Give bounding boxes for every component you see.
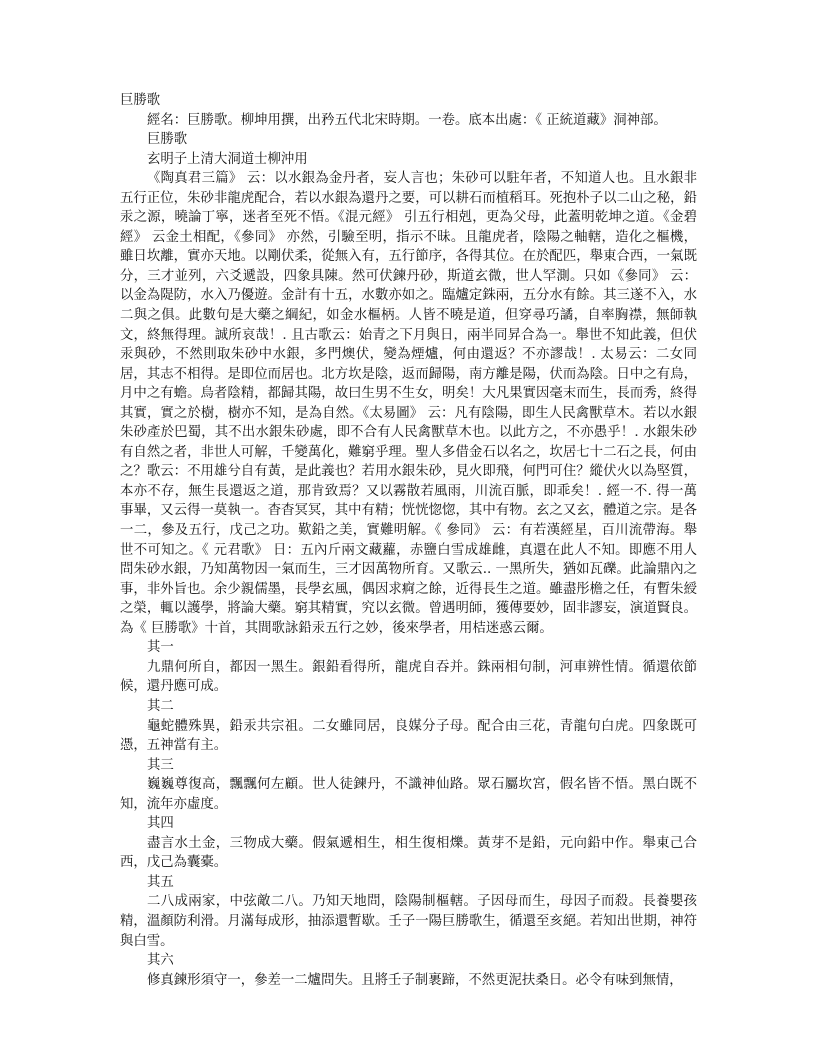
document-subtitle: 巨勝歌 [120,130,697,150]
poem-text: 修真鍊形須守一，參差一二爐問失。且將壬子制裹蹄，不然更泥扶桑日。必令有味到無情， [120,971,697,991]
document-page: 巨勝歌 經名：巨勝歌。柳坤用撰，出矜五代北宋時期。一卷。底本出處：《 正統道藏》… [120,91,697,990]
poem-text: 二八成兩家，中弦敵二八。乃知天地問，陰陽制樞轄。子因母而生，母因子而殺。長養嬰孩… [120,892,697,951]
document-title: 巨勝歌 [120,91,697,111]
poem-text: 盡言水土金，三物成大藥。假氣遞相生，相生復相爍。黃芽不是鉛，元向鉛中作。舉東己合… [120,834,697,873]
poem-heading: 其二 [120,697,697,717]
poem-heading: 其六 [120,951,697,971]
poem-text: 九鼎何所自，都因一黑生。銀鉛看得所，龍虎自吞并。銖兩相句制，河車辨性情。循還依節… [120,658,697,697]
poem-heading: 其一 [120,638,697,658]
poem-text: 巍巍尊復高，飄飄何左顧。世人徒鍊丹，不識神仙路。眾石屬坎宮，假名皆不悟。黑白既不… [120,775,697,814]
poem-heading: 其五 [120,873,697,893]
document-author: 玄明子上清大洞道士柳沖用 [120,150,697,170]
document-meta: 經名：巨勝歌。柳坤用撰，出矜五代北宋時期。一卷。底本出處：《 正統道藏》洞神部。 [120,111,697,131]
preface-paragraph: 《陶真君三篇》 云：以水銀為金丹者，妄人言也；朱砂可以駐年者，不知道人也。且水銀… [120,169,697,638]
poem-text: 龜蛇體殊異，鉛汞共宗祖。二女雖同居，良媒分子母。配合由三花，青龍句白虎。四象既可… [120,717,697,756]
poem-heading: 其四 [120,814,697,834]
poem-heading: 其三 [120,756,697,776]
